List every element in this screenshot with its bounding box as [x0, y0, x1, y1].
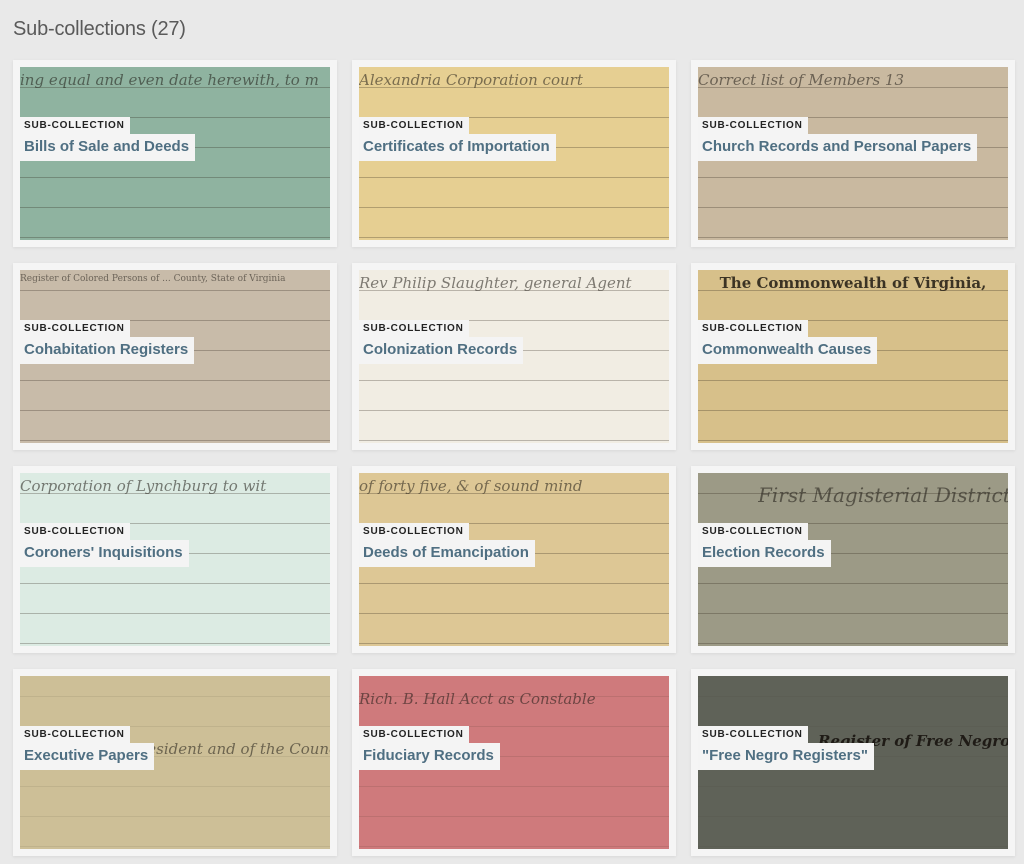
subcollection-tag: SUB-COLLECTION	[698, 117, 808, 134]
subcollection-card[interactable]: First Magisterial District SUB-COLLECTIO…	[691, 466, 1015, 653]
thumbnail-text: Rich. B. Hall Acct as Constable	[359, 690, 669, 708]
subcollection-tag: SUB-COLLECTION	[359, 523, 469, 540]
subcollection-card[interactable]: ing equal and even date herewith, to m S…	[13, 60, 337, 247]
page-title: Sub-collections (27)	[13, 18, 186, 41]
subcollection-tag: SUB-COLLECTION	[20, 117, 130, 134]
subcollection-title[interactable]: Colonization Records	[359, 337, 523, 364]
subcollection-title[interactable]: Commonwealth Causes	[698, 337, 877, 364]
subcollection-card[interactable]: Alexandria Corporation court SUB-COLLECT…	[352, 60, 676, 247]
subcollection-title[interactable]: Election Records	[698, 540, 831, 567]
thumbnail-text: Correct list of Members 13	[698, 71, 1008, 89]
subcollection-tag: SUB-COLLECTION	[359, 117, 469, 134]
subcollection-card[interactable]: Rich. B. Hall Acct as Constable SUB-COLL…	[352, 669, 676, 856]
subcollection-card[interactable]: The Commonwealth of Virginia, SUB-COLLEC…	[691, 263, 1015, 450]
subcollection-title[interactable]: Executive Papers	[20, 743, 154, 770]
thumbnail-text: Alexandria Corporation court	[359, 71, 669, 89]
subcollection-tag: SUB-COLLECTION	[698, 523, 808, 540]
subcollection-title[interactable]: Certificates of Importation	[359, 134, 556, 161]
thumbnail-text: Rev Philip Slaughter, general Agent	[359, 274, 669, 292]
subcollection-grid: ing equal and even date herewith, to m S…	[13, 60, 1015, 856]
subcollection-card[interactable]: President and of the Council of State SU…	[13, 669, 337, 856]
thumbnail-text: The Commonwealth of Virginia,	[698, 274, 1008, 292]
subcollection-card[interactable]: Correct list of Members 13 SUB-COLLECTIO…	[691, 60, 1015, 247]
subcollection-title[interactable]: Deeds of Emancipation	[359, 540, 535, 567]
subcollection-title[interactable]: Fiduciary Records	[359, 743, 500, 770]
thumbnail-text: ing equal and even date herewith, to m	[20, 71, 330, 89]
subcollection-tag: SUB-COLLECTION	[698, 320, 808, 337]
subcollection-title[interactable]: Bills of Sale and Deeds	[20, 134, 195, 161]
thumbnail-text: of forty five, & of sound mind	[359, 477, 669, 495]
subcollection-card[interactable]: Rev Philip Slaughter, general Agent SUB-…	[352, 263, 676, 450]
thumbnail-text: First Magisterial District	[758, 483, 1008, 507]
subcollection-title[interactable]: Cohabitation Registers	[20, 337, 194, 364]
subcollection-tag: SUB-COLLECTION	[20, 726, 130, 743]
subcollection-card[interactable]: Corporation of Lynchburg to wit SUB-COLL…	[13, 466, 337, 653]
subcollection-card[interactable]: of forty five, & of sound mind SUB-COLLE…	[352, 466, 676, 653]
subcollection-tag: SUB-COLLECTION	[20, 320, 130, 337]
subcollection-tag: SUB-COLLECTION	[20, 523, 130, 540]
subcollection-tag: SUB-COLLECTION	[359, 726, 469, 743]
subcollection-tag: SUB-COLLECTION	[359, 320, 469, 337]
thumbnail-text: President and of the Council of State	[130, 740, 330, 758]
subcollection-title[interactable]: Coroners' Inquisitions	[20, 540, 189, 567]
thumbnail-text: Register of Colored Persons of ... Count…	[20, 274, 330, 284]
subcollection-card[interactable]: Register of Colored Persons of ... Count…	[13, 263, 337, 450]
thumbnail-text: Corporation of Lynchburg to wit	[20, 477, 330, 495]
subcollection-card[interactable]: Register of Free Negroes SUB-COLLECTION …	[691, 669, 1015, 856]
subcollection-title[interactable]: "Free Negro Registers"	[698, 743, 874, 770]
subcollection-tag: SUB-COLLECTION	[698, 726, 808, 743]
subcollection-title[interactable]: Church Records and Personal Papers	[698, 134, 977, 161]
